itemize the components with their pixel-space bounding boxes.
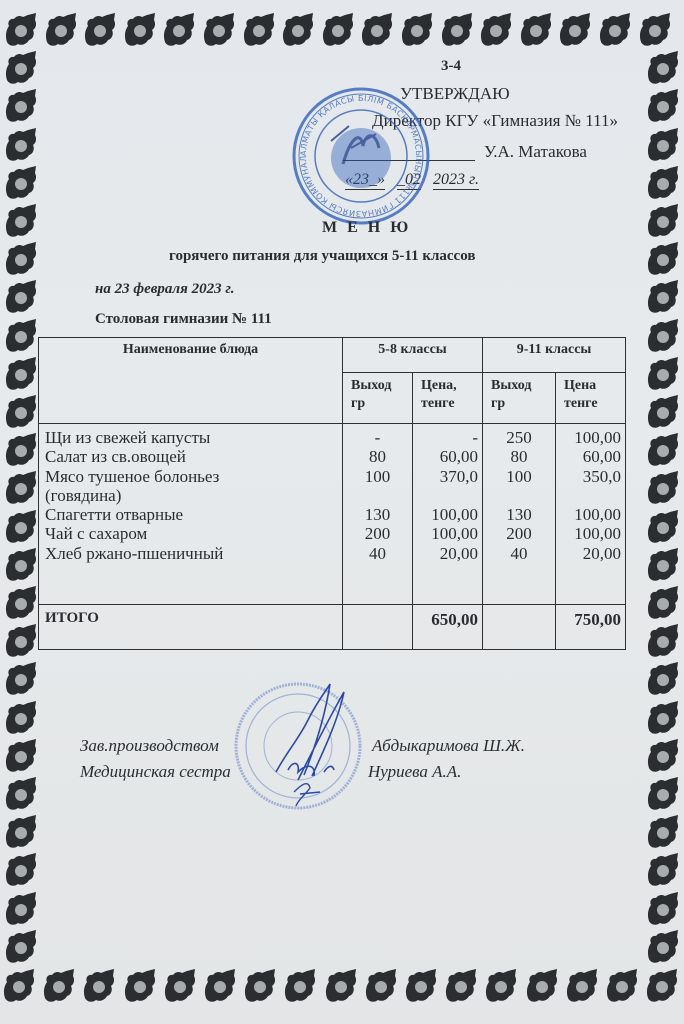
price-header-9-11: Ценатенге xyxy=(556,373,626,424)
cell-yield-9-11: 130 xyxy=(483,505,555,524)
ornament-icon xyxy=(2,968,36,1004)
director-position: Директор КГУ «Гимназия № 111» xyxy=(372,111,618,131)
ornament-icon xyxy=(646,470,680,506)
ornament-icon xyxy=(42,968,76,1004)
cell-yield-5-8: 130 xyxy=(343,505,412,524)
total-row: ИТОГО 650,00 750,00 xyxy=(39,605,626,650)
ornament-icon xyxy=(646,661,680,697)
ornament-icon xyxy=(44,12,78,48)
ornament-icon xyxy=(243,968,277,1004)
approval-date-year: 2023 г. xyxy=(433,171,479,190)
cell-price-5-8: 100,00 xyxy=(413,524,482,543)
ornament-icon xyxy=(4,776,38,812)
ornament-icon xyxy=(646,891,680,927)
cell-price-5-8: 100,00 xyxy=(413,505,482,524)
ornament-icon xyxy=(519,12,553,48)
cell-yield-5-8: 100 xyxy=(343,467,412,486)
approval-date-day: «23_» xyxy=(345,171,385,190)
ornament-icon xyxy=(202,12,236,48)
ornament-icon xyxy=(484,968,518,1004)
menu-date: на 23 февраля 2023 г. xyxy=(95,281,234,298)
ornament-icon xyxy=(646,394,680,430)
ornament-icon xyxy=(404,968,438,1004)
ornament-icon xyxy=(4,241,38,277)
ornament-icon xyxy=(646,50,680,86)
ornament-icon xyxy=(4,738,38,774)
ornament-icon xyxy=(4,279,38,315)
ornament-icon xyxy=(82,968,116,1004)
ornament-icon xyxy=(163,968,197,1004)
cell-price-9-11: 350,0 xyxy=(556,467,625,486)
yield-9-11-column: 2508010013020040 xyxy=(483,424,556,605)
cell-price-9-11: 20,00 xyxy=(556,544,625,563)
menu-title: М Е Н Ю xyxy=(322,219,411,237)
signature-name-production: Абдыкаримова Ш.Ж. xyxy=(372,736,525,756)
document-number: 3-4 xyxy=(441,58,461,75)
approval-date-month: _02 xyxy=(397,171,421,190)
ornament-icon xyxy=(4,470,38,506)
total-yield-5-8 xyxy=(343,605,413,650)
ornament-icon xyxy=(646,241,680,277)
cell-yield-5-8: 40 xyxy=(343,544,412,563)
cell-price-5-8: 60,00 xyxy=(413,447,482,466)
ornament-icon xyxy=(646,356,680,392)
ornament-icon xyxy=(242,12,276,48)
yield-header-5-8: Выходгр xyxy=(343,373,413,424)
ornament-icon xyxy=(646,432,680,468)
ornament-icon xyxy=(565,968,599,1004)
menu-subtitle: горячего питания для учащихся 5-11 класс… xyxy=(169,248,475,265)
cell-price-5-8: 370,0 xyxy=(413,467,482,486)
production-stamp xyxy=(232,680,364,812)
total-price-9-11: 750,00 xyxy=(556,605,626,650)
cell-yield-9-11: 250 xyxy=(483,428,555,447)
ornament-icon xyxy=(646,318,680,354)
ornament-icon xyxy=(4,891,38,927)
ornament-icon xyxy=(324,968,358,1004)
ornament-icon xyxy=(4,547,38,583)
ornament-icon xyxy=(162,12,196,48)
price-5-8-column: -60,00370,0100,00100,0020,00 xyxy=(413,424,483,605)
svg-text:АЛМАТЫ ҚАЛАСЫ БІЛІМ БАСҚАРМАСЫ: АЛМАТЫ ҚАЛАСЫ БІЛІМ БАСҚАРМАСЫНЫҢ №111 Г… xyxy=(291,86,423,218)
ornament-icon xyxy=(4,165,38,201)
dish-name-header: Наименование блюда xyxy=(39,338,343,424)
ornament-icon xyxy=(598,12,632,48)
cell-yield-5-8: 200 xyxy=(343,524,412,543)
ornament-icon xyxy=(646,279,680,315)
cell-yield-9-11 xyxy=(483,486,555,505)
cell-name: Спагетти отварные xyxy=(39,505,342,524)
director-name: У.А. Матакова xyxy=(484,142,587,162)
total-price-5-8: 650,00 xyxy=(413,605,483,650)
ornament-icon xyxy=(4,318,38,354)
cell-yield-9-11: 200 xyxy=(483,524,555,543)
ornament-icon xyxy=(123,968,157,1004)
ornament-icon xyxy=(364,968,398,1004)
ornament-icon xyxy=(4,12,38,48)
ornament-icon xyxy=(646,203,680,239)
ornament-icon xyxy=(558,12,592,48)
total-label: ИТОГО xyxy=(39,605,343,650)
approval-date: «23_» _02 2023 г. xyxy=(345,171,479,190)
ornament-icon xyxy=(646,547,680,583)
ornament-icon xyxy=(638,12,672,48)
cell-yield-9-11: 40 xyxy=(483,544,555,563)
cell-name: Мясо тушеное болоньез xyxy=(39,467,342,486)
cell-price-9-11 xyxy=(556,486,625,505)
cell-price-9-11: 60,00 xyxy=(556,447,625,466)
ornament-icon xyxy=(4,356,38,392)
cell-price-5-8: - xyxy=(413,428,482,447)
ornament-icon xyxy=(646,738,680,774)
total-yield-9-11 xyxy=(483,605,556,650)
menu-table: Наименование блюда 5-8 классы 9-11 класс… xyxy=(38,337,626,650)
cell-yield-5-8 xyxy=(343,486,412,505)
cell-price-5-8: 20,00 xyxy=(413,544,482,563)
cell-price-9-11: 100,00 xyxy=(556,505,625,524)
price-9-11-column: 100,0060,00350,0100,00100,0020,00 xyxy=(556,424,626,605)
ornament-icon xyxy=(646,509,680,545)
ornament-icon xyxy=(646,852,680,888)
ornament-icon xyxy=(4,929,38,965)
dish-names-column: Щи из свежей капустыСалат из св.овощейМя… xyxy=(39,424,343,605)
ornament-icon xyxy=(479,12,513,48)
ornament-icon xyxy=(646,814,680,850)
ornament-icon xyxy=(646,776,680,812)
ornament-icon xyxy=(646,929,680,965)
cell-name: Салат из св.овощей xyxy=(39,447,342,466)
ornament-icon xyxy=(646,127,680,163)
ornament-icon xyxy=(281,12,315,48)
ornament-icon xyxy=(4,203,38,239)
ornament-icon xyxy=(203,968,237,1004)
signature-name-nurse: Нуриева А.А. xyxy=(368,762,461,782)
ornament-icon xyxy=(4,509,38,545)
ornament-icon xyxy=(4,585,38,621)
cell-name: Щи из свежей капусты xyxy=(39,428,342,447)
ornament-icon xyxy=(444,968,478,1004)
ornament-icon xyxy=(4,700,38,736)
ornament-icon xyxy=(123,12,157,48)
ornament-icon xyxy=(646,700,680,736)
ornament-icon xyxy=(360,12,394,48)
ornament-icon xyxy=(4,852,38,888)
ornament-icon xyxy=(4,88,38,124)
price-header-5-8: Цена,тенге xyxy=(413,373,483,424)
ornament-icon xyxy=(646,88,680,124)
cell-yield-5-8: - xyxy=(343,428,412,447)
ornament-icon xyxy=(400,12,434,48)
cell-name: (говядина) xyxy=(39,486,342,505)
signature-role-nurse: Медицинская сестра xyxy=(80,762,231,782)
ornament-icon xyxy=(283,968,317,1004)
ornament-icon xyxy=(645,968,679,1004)
cell-price-5-8 xyxy=(413,486,482,505)
ornament-icon xyxy=(4,661,38,697)
signature-scribble xyxy=(268,680,358,810)
cell-yield-9-11: 80 xyxy=(483,447,555,466)
cell-price-9-11: 100,00 xyxy=(556,428,625,447)
yield-header-9-11: Выходгр xyxy=(483,373,556,424)
ornament-icon xyxy=(4,127,38,163)
ornament-icon xyxy=(4,623,38,659)
cell-name: Хлеб ржано-пшеничный xyxy=(39,544,342,563)
ornament-icon xyxy=(4,814,38,850)
ornament-icon xyxy=(440,12,474,48)
ornament-icon xyxy=(605,968,639,1004)
ornament-icon xyxy=(525,968,559,1004)
ornament-icon xyxy=(4,50,38,86)
ornament-icon xyxy=(646,585,680,621)
ornament-icon xyxy=(646,623,680,659)
canteen-name: Столовая гимназии № 111 xyxy=(95,311,272,328)
official-stamp: АЛМАТЫ ҚАЛАСЫ БІЛІМ БАСҚАРМАСЫНЫҢ №111 Г… xyxy=(291,86,431,226)
ornament-icon xyxy=(4,394,38,430)
cell-yield-5-8: 80 xyxy=(343,447,412,466)
signature-line xyxy=(343,160,475,161)
signature-role-production: Зав.производством xyxy=(80,736,219,756)
group-header-9-11: 9-11 классы xyxy=(483,338,626,373)
approval-heading: УТВЕРЖДАЮ xyxy=(400,84,510,104)
cell-name: Чай с сахаром xyxy=(39,524,342,543)
group-header-5-8: 5-8 классы xyxy=(343,338,483,373)
ornament-icon xyxy=(646,165,680,201)
yield-5-8-column: -8010013020040 xyxy=(343,424,413,605)
ornament-icon xyxy=(4,432,38,468)
menu-body-row: Щи из свежей капустыСалат из св.овощейМя… xyxy=(39,424,626,605)
ornament-icon xyxy=(321,12,355,48)
cell-price-9-11: 100,00 xyxy=(556,524,625,543)
ornament-icon xyxy=(83,12,117,48)
cell-yield-9-11: 100 xyxy=(483,467,555,486)
